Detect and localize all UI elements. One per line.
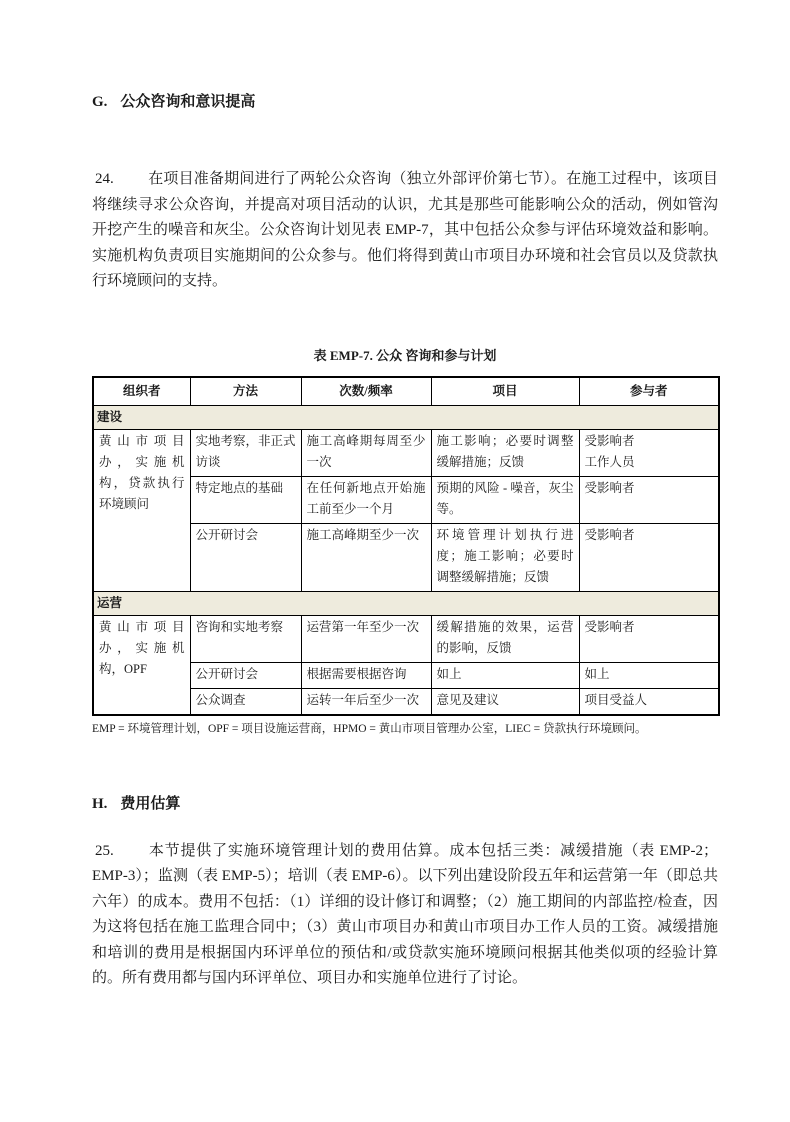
table-row: 黄山市项目办，实施机构，OPF 咨询和实地考察 运营第一年至少一次 缓解措施的效… [93, 615, 719, 662]
paragraph-24-number: 24. [92, 167, 148, 193]
paragraph-24-text: 在项目准备期间进行了两轮公众咨询（独立外部评价第七节）。在施工过程中，该项目将继… [92, 171, 718, 289]
section-g-heading: G.公众咨询和意识提高 [92, 90, 718, 111]
cell-method: 咨询和实地考察 [190, 615, 301, 662]
column-header-method: 方法 [190, 377, 301, 406]
column-header-organizer: 组织者 [93, 377, 190, 406]
cell-participants: 受影响者 [579, 523, 719, 591]
cell-frequency: 施工高峰期每周至少一次 [301, 429, 431, 476]
table-header-row: 组织者 方法 次数/频率 项目 参与者 [93, 377, 719, 406]
section-g-title: 公众咨询和意识提高 [120, 94, 255, 110]
cell-frequency: 根据需要根据咨询 [301, 662, 431, 688]
paragraph-25-text: 本节提供了实施环境管理计划的费用估算。成本包括三类：减缓措施（表 EMP-2；E… [92, 843, 718, 987]
section-h-label: H. [92, 796, 107, 813]
cell-items: 施工影响；必要时调整缓解措施；反馈 [431, 429, 579, 476]
cell-frequency: 运营第一年至少一次 [301, 615, 431, 662]
cell-items: 如上 [431, 662, 579, 688]
cell-frequency: 施工高峰期至少一次 [301, 523, 431, 591]
paragraph-25: 25.本节提供了实施环境管理计划的费用估算。成本包括三类：减缓措施（表 EMP-… [92, 839, 718, 992]
section-row-construction: 建设 [93, 405, 719, 429]
section-g-label: G. [92, 94, 107, 111]
section-h-title: 费用估算 [120, 796, 180, 812]
cell-frequency: 在任何新地点开始施工前至少一个月 [301, 476, 431, 523]
paragraph-24: 24.在项目准备期间进行了两轮公众咨询（独立外部评价第七节）。在施工过程中，该项… [92, 167, 718, 295]
cell-method: 特定地点的基础 [190, 476, 301, 523]
cell-items: 意见及建议 [431, 688, 579, 715]
column-header-frequency: 次数/频率 [301, 377, 431, 406]
cell-method: 公开研讨会 [190, 662, 301, 688]
cell-organizer-construction: 黄山市项目办，实施机构，贷款执行环境顾问 [93, 429, 190, 591]
section-name-construction: 建设 [93, 405, 719, 429]
section-row-operation: 运营 [93, 591, 719, 615]
table-row: 黄山市项目办，实施机构，贷款执行环境顾问 实地考察，非正式访谈 施工高峰期每周至… [93, 429, 719, 476]
column-header-participants: 参与者 [579, 377, 719, 406]
cell-items: 环境管理计划执行进度；施工影响；必要时调整缓解措施；反馈 [431, 523, 579, 591]
cell-participants: 受影响者 [579, 476, 719, 523]
cell-organizer-operation: 黄山市项目办，实施机构，OPF [93, 615, 190, 715]
cell-frequency: 运转一年后至少一次 [301, 688, 431, 715]
paragraph-25-number: 25. [92, 839, 148, 865]
column-header-items: 项目 [431, 377, 579, 406]
consultation-plan-table: 组织者 方法 次数/频率 项目 参与者 建设 黄山市项目办，实施机构，贷款执行环… [92, 376, 720, 716]
cell-method: 实地考察，非正式访谈 [190, 429, 301, 476]
cell-method: 公开研讨会 [190, 523, 301, 591]
cell-items: 缓解措施的效果，运营的影响，反馈 [431, 615, 579, 662]
cell-participants: 如上 [579, 662, 719, 688]
cell-participants: 受影响者 [579, 615, 719, 662]
cell-method: 公众调查 [190, 688, 301, 715]
section-name-operation: 运营 [93, 591, 719, 615]
document-page: G.公众咨询和意识提高 24.在项目准备期间进行了两轮公众咨询（独立外部评价第七… [0, 0, 790, 992]
table-title: 表 EMP-7. 公众 咨询和参与计划 [92, 345, 718, 364]
section-h-heading: H.费用估算 [92, 792, 718, 813]
table-footnote: EMP = 环境管理计划，OPF = 项目设施运营商，HPMO = 黄山市项目管… [92, 721, 718, 737]
cell-participants: 受影响者 工作人员 [579, 429, 719, 476]
cell-items: 预期的风险 - 噪音，灰尘等。 [431, 476, 579, 523]
cell-participants: 项目受益人 [579, 688, 719, 715]
